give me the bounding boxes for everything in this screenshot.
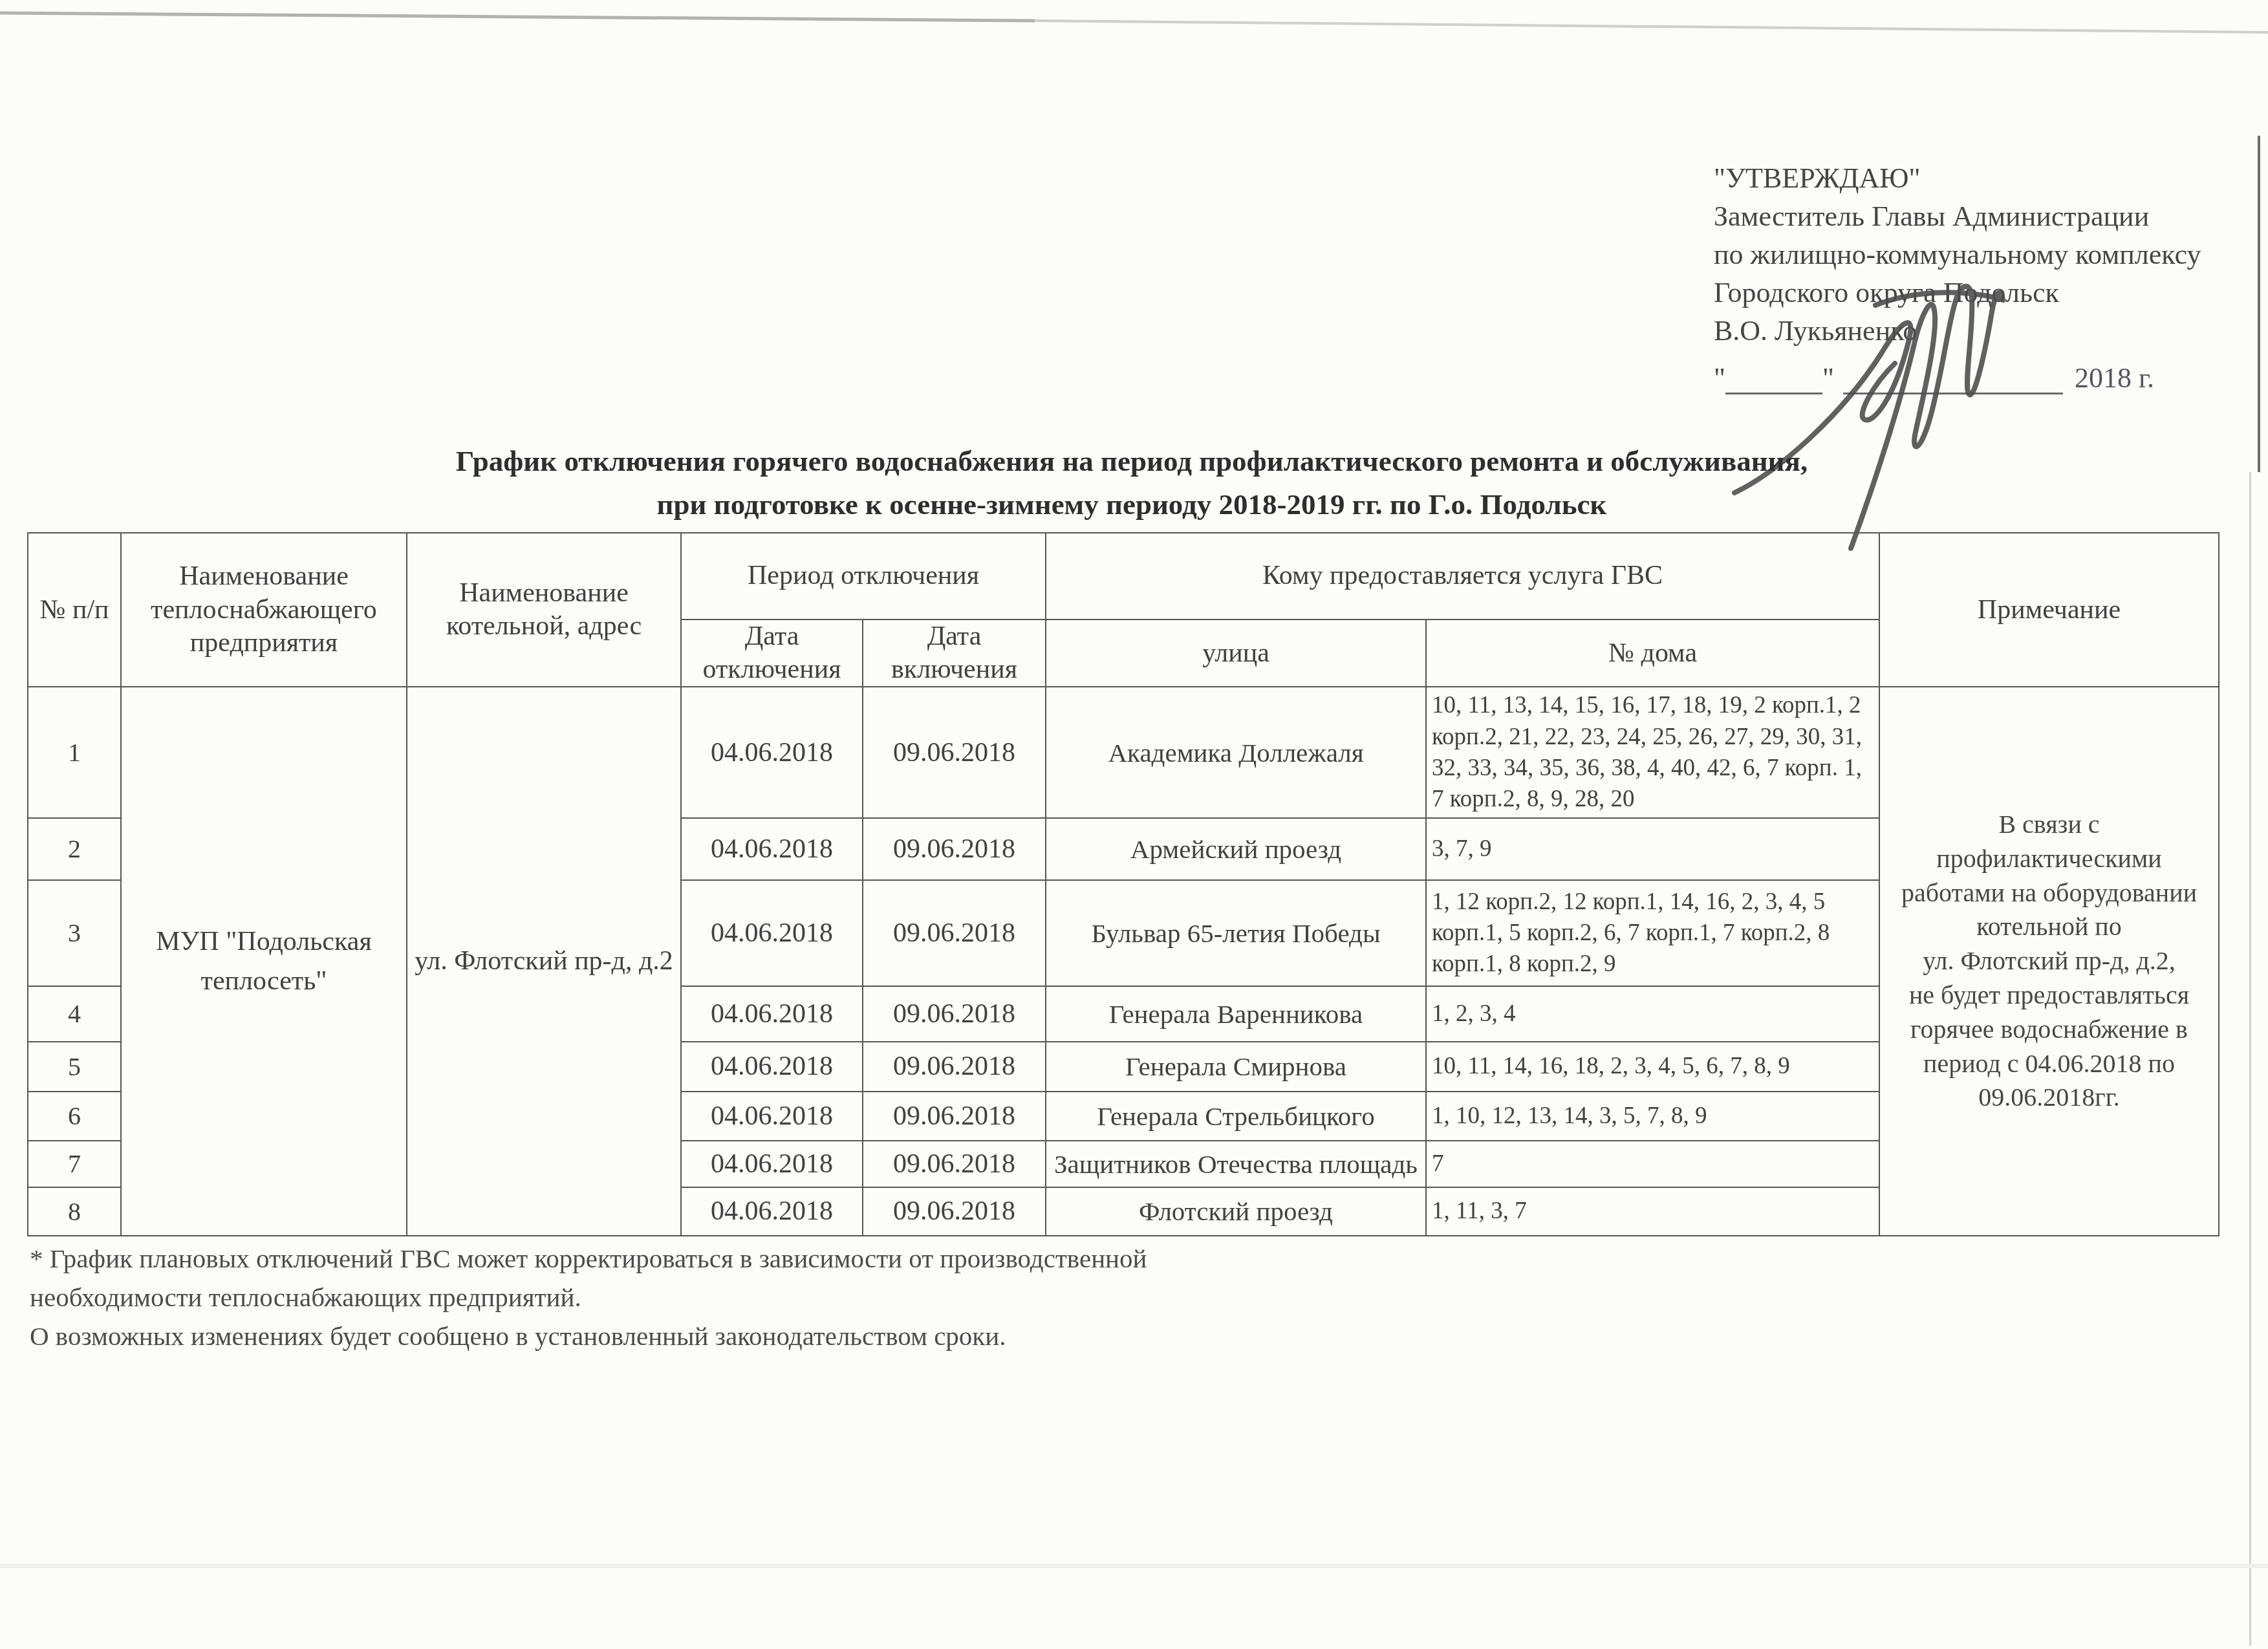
date-on-cell: 09.06.2018 <box>863 880 1046 986</box>
street-cell: Защитников Отечества площадь <box>1046 1141 1426 1187</box>
date-year-label: 2018 г. <box>2075 361 2154 394</box>
street-cell: Генерала Стрельбицкого <box>1046 1092 1426 1141</box>
house-numbers-cell: 10, 11, 13, 14, 15, 16, 17, 18, 19, 2 ко… <box>1426 687 1879 817</box>
row-number: 6 <box>28 1092 121 1141</box>
row-number: 4 <box>28 986 121 1042</box>
col-header-date-on: Дата включения <box>863 620 1046 687</box>
col-header-street: улица <box>1046 620 1426 687</box>
street-cell: Академика Доллежаля <box>1046 687 1426 817</box>
col-header-shutoff-period: Период отключения <box>681 533 1046 620</box>
date-quote-open: " <box>1714 361 1725 394</box>
col-header-service-area: Кому предоставляется услуга ГВС <box>1046 533 1879 620</box>
date-on-cell: 09.06.2018 <box>863 986 1046 1042</box>
date-day-blank <box>1725 355 1822 394</box>
date-off-cell: 04.06.2018 <box>681 687 863 817</box>
date-on-cell: 09.06.2018 <box>863 818 1046 880</box>
row-number: 8 <box>28 1187 121 1236</box>
house-numbers-cell: 7 <box>1426 1141 1879 1187</box>
col-header-date-off: Дата отключения <box>681 620 863 687</box>
house-numbers-cell: 1, 11, 3, 7 <box>1426 1187 1879 1236</box>
date-on-cell: 09.06.2018 <box>863 687 1046 817</box>
date-off-cell: 04.06.2018 <box>681 880 863 986</box>
house-numbers-cell: 3, 7, 9 <box>1426 818 1879 880</box>
date-off-cell: 04.06.2018 <box>681 1092 863 1141</box>
approval-date-line: " " 2018 г. <box>1714 349 2154 394</box>
row-number: 2 <box>28 818 121 880</box>
row-number: 5 <box>28 1042 121 1092</box>
table-row: 1 МУП "Подольская теплосеть" ул. Флотски… <box>28 687 2219 817</box>
street-cell: Армейский проезд <box>1046 818 1426 880</box>
footnote-line-2: необходимости теплоснабжающих предприяти… <box>30 1278 1147 1317</box>
approval-line-utverzhdayu: "УТВЕРЖДАЮ" <box>1714 159 2201 197</box>
note-cell: В связи с профилактическими работами на … <box>1879 687 2219 1235</box>
date-on-cell: 09.06.2018 <box>863 1042 1046 1092</box>
approval-line-district: Городского округа Подольск <box>1714 274 2201 312</box>
scan-band-artifact-bottom <box>0 1564 2268 1568</box>
document-title: График отключения горячего водоснабжения… <box>213 440 2050 526</box>
shutoff-schedule-table: № п/п Наименование теплоснабжающего пред… <box>27 532 2219 1236</box>
row-number: 3 <box>28 880 121 986</box>
street-cell: Генерала Смирнова <box>1046 1042 1426 1092</box>
document-title-line-1: График отключения горячего водоснабжения… <box>213 440 2050 483</box>
supplier-cell: МУП "Подольская теплосеть" <box>121 687 407 1235</box>
date-quote-close: " <box>1822 361 1834 394</box>
col-header-boiler: Наименование котельной, адрес <box>407 533 681 687</box>
street-cell: Генерала Варенникова <box>1046 986 1426 1042</box>
scan-edge-artifact-right-light <box>2249 472 2251 1646</box>
boiler-address-cell: ул. Флотский пр-д, д.2 <box>407 687 681 1235</box>
footnote-line-3: О возможных изменениях будет сообщено в … <box>30 1317 1147 1355</box>
date-off-cell: 04.06.2018 <box>681 1187 863 1236</box>
street-cell: Флотский проезд <box>1046 1187 1426 1236</box>
date-off-cell: 04.06.2018 <box>681 1141 863 1187</box>
approval-line-position-1: Заместитель Главы Администрации <box>1714 197 2201 235</box>
house-numbers-cell: 10, 11, 14, 16, 18, 2, 3, 4, 5, 6, 7, 8,… <box>1426 1042 1879 1092</box>
scan-edge-artifact-right-dark <box>2258 136 2260 472</box>
date-on-cell: 09.06.2018 <box>863 1187 1046 1236</box>
date-off-cell: 04.06.2018 <box>681 1042 863 1092</box>
house-numbers-cell: 1, 12 корп.2, 12 корп.1, 14, 16, 2, 3, 4… <box>1426 880 1879 986</box>
scan-edge-artifact-top <box>0 0 2268 45</box>
row-number: 1 <box>28 687 121 817</box>
col-header-supplier: Наименование теплоснабжающего предприяти… <box>121 533 407 687</box>
date-month-blank <box>1843 355 2063 394</box>
table-header-row-top: № п/п Наименование теплоснабжающего пред… <box>28 533 2219 620</box>
house-numbers-cell: 1, 10, 12, 13, 14, 3, 5, 7, 8, 9 <box>1426 1092 1879 1141</box>
date-on-cell: 09.06.2018 <box>863 1092 1046 1141</box>
col-header-row-number: № п/п <box>28 533 121 687</box>
approval-line-position-2: по жилищно-коммунальному комплексу <box>1714 235 2201 274</box>
footnote: * График плановых отключений ГВС может к… <box>30 1239 1147 1355</box>
row-number: 7 <box>28 1141 121 1187</box>
date-off-cell: 04.06.2018 <box>681 986 863 1042</box>
approval-block: "УТВЕРЖДАЮ" Заместитель Главы Администра… <box>1714 159 2201 350</box>
date-on-cell: 09.06.2018 <box>863 1141 1046 1187</box>
scanned-document-page: { "approval": { "line1": "\"УТВЕРЖДАЮ\""… <box>0 0 2268 1649</box>
col-header-note: Примечание <box>1879 533 2219 687</box>
document-title-line-2: при подготовке к осенне-зимнему периоду … <box>213 483 2050 526</box>
footnote-line-1: * График плановых отключений ГВС может к… <box>30 1239 1147 1278</box>
date-off-cell: 04.06.2018 <box>681 818 863 880</box>
col-header-house-numbers: № дома <box>1426 620 1879 687</box>
street-cell: Бульвар 65-летия Победы <box>1046 880 1426 986</box>
house-numbers-cell: 1, 2, 3, 4 <box>1426 986 1879 1042</box>
approval-line-signatory-name: В.О. Лукьяненко <box>1714 312 2201 350</box>
